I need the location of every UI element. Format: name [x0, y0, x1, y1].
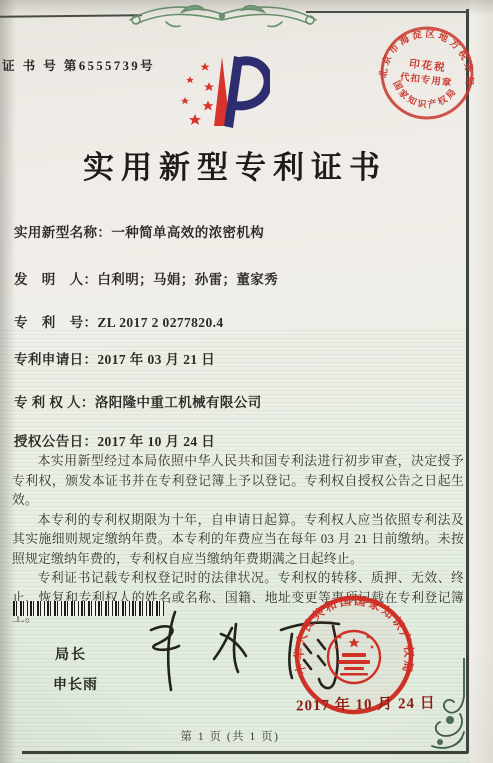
border-bottom — [22, 751, 468, 754]
field-value: 2017 年 10 月 24 日 — [97, 434, 215, 449]
ornament-scroll-icon — [126, 0, 322, 32]
border-top-right — [306, 11, 468, 13]
certificate-number: 证 书 号 第6555739号 — [2, 56, 155, 74]
field-patentee: 专 利 权 人：洛阳隆中重工机械有限公司 — [14, 391, 464, 411]
seal-date: 2017 年 10 月 24 日 — [296, 692, 436, 716]
field-grant-date: 授权公告日：2017 年 10 月 24 日 — [14, 430, 464, 450]
field-value: 洛阳隆中重工机械有限公司 — [95, 395, 262, 410]
field-utility-model-name: 实用新型名称：一种简单高效的浓密机构 — [14, 221, 464, 241]
field-value: ZL 2017 2 0277820.4 — [97, 315, 223, 330]
field-inventors: 发 明 人：白利明；马娟；孙雷；董家秀 — [14, 268, 464, 288]
director-name: 申长雨 — [53, 674, 98, 694]
field-label: 实用新型名称： — [14, 225, 111, 240]
border-top-left — [0, 14, 142, 17]
field-label: 专 利 权 人： — [14, 395, 95, 410]
patent-office-logo-icon — [178, 54, 270, 132]
director-title: 局长 — [55, 644, 87, 664]
patent-certificate-photo: 证 书 号 第6555739号 北京市海淀区地方税务局 国家知识产权局 印花税 … — [0, 0, 493, 763]
photo-shadow-left — [0, 0, 16, 763]
field-value: 一种简单高效的浓密机构 — [111, 225, 264, 240]
field-label: 专 利 号： — [14, 315, 97, 330]
field-label: 发 明 人： — [14, 272, 97, 287]
paragraph-grant: 本实用新型经过本局依照中华人民共和国专利法进行初步审查，决定授予专利权，颁发本证… — [12, 452, 464, 511]
field-value: 白利明；马娟；孙雷；董家秀 — [97, 272, 278, 287]
field-label: 授权公告日： — [14, 434, 97, 449]
page-footer: 第 1 页 (共 1 页) — [0, 728, 460, 744]
tax-stamp-line1: 印花税 — [409, 57, 448, 74]
field-label: 专利申请日： — [14, 352, 97, 367]
field-value: 2017 年 03 月 21 日 — [97, 352, 215, 367]
tax-stamp-seal: 北京市海淀区地方税务局 国家知识产权局 印花税 代扣专用章 — [372, 18, 481, 127]
field-filing-date: 专利申请日：2017 年 03 月 21 日 — [14, 348, 464, 368]
certificate-title: 实用新型专利证书 — [0, 142, 470, 187]
field-patent-number: 专 利 号：ZL 2017 2 0277820.4 — [14, 311, 464, 331]
page-edge-strip — [470, 0, 493, 763]
paragraph-term-fees: 本专利的专利权期限为十年，自申请日起算。专利权人应当依照专利法及其实施细则规定缴… — [12, 511, 464, 570]
